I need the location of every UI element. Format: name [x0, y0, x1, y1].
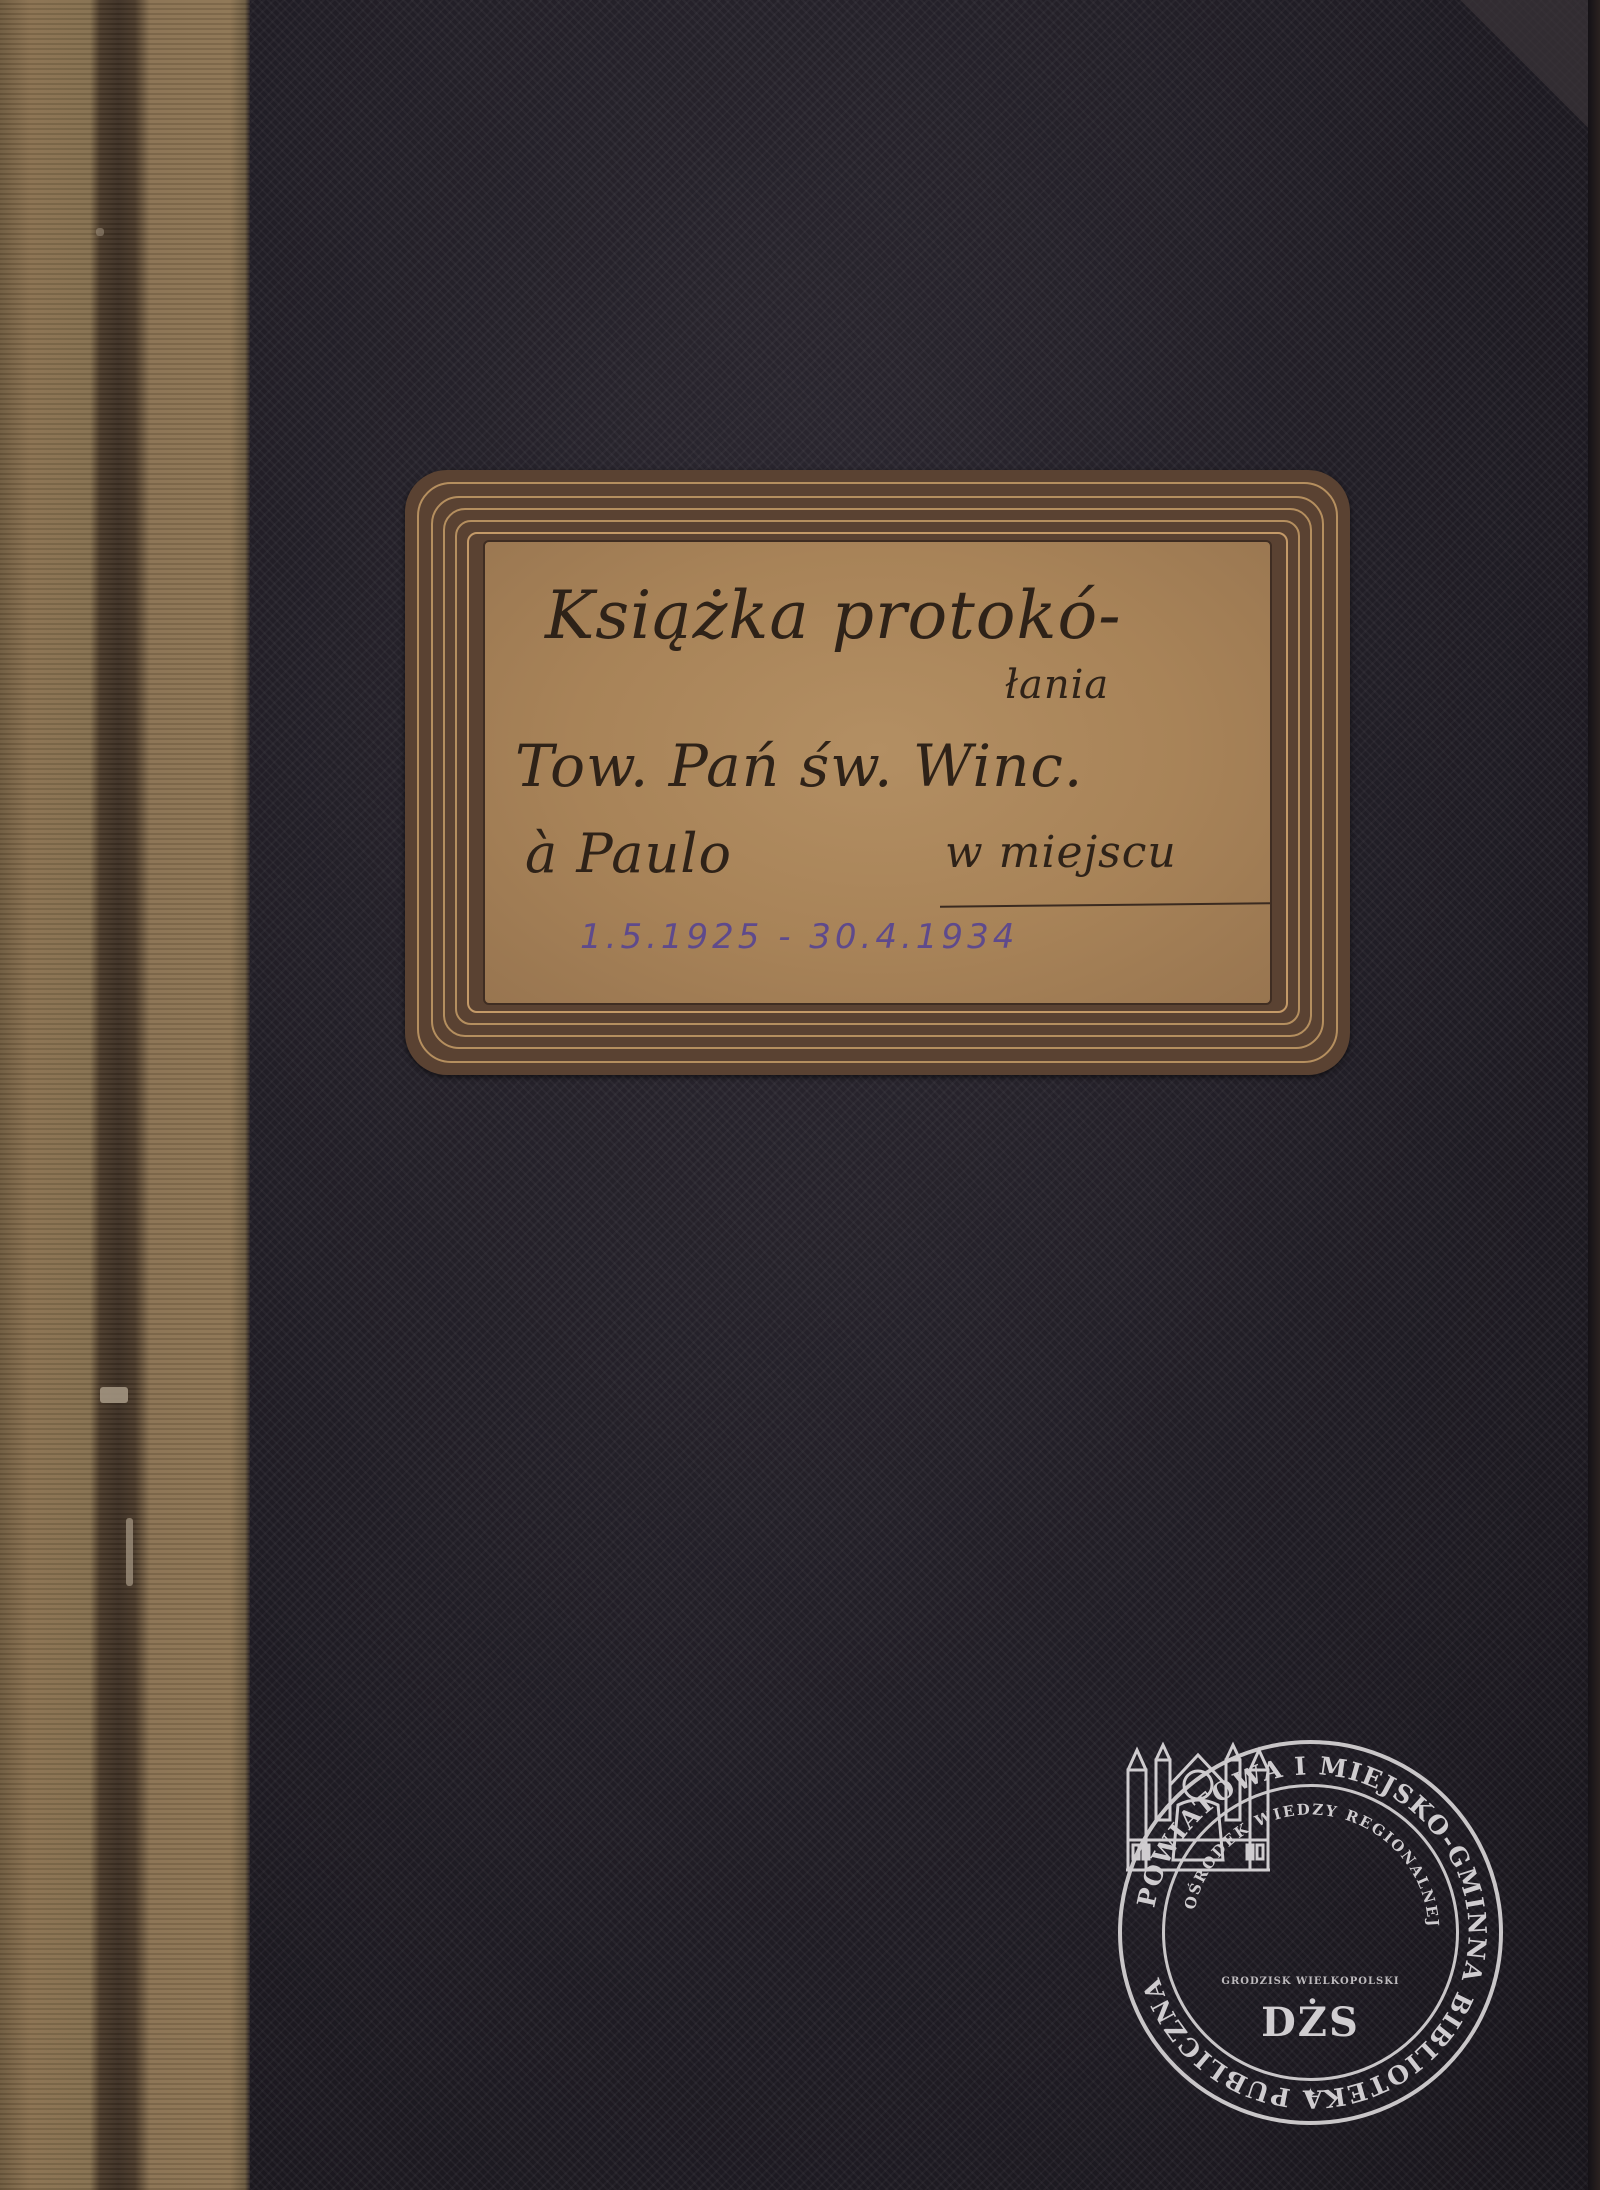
label-title-line3: Tow. Pań św. Winc. [515, 732, 1083, 800]
stamp-monogram: DŻS [1122, 1999, 1499, 2046]
cover-edge [1588, 0, 1600, 2190]
label-underline [940, 902, 1270, 907]
spine-scratch [126, 1518, 133, 1586]
star-icon: ✦ [1122, 2084, 1499, 2103]
stamp-city: GRODZISK WIELKOPOLSKI [1122, 1976, 1499, 1987]
label-date-range: 1.5.1925 - 30.4.1934 [580, 917, 1018, 957]
label-title-line4b: w miejscu [945, 827, 1177, 878]
book-spine [0, 0, 250, 2190]
worn-corner [1450, 0, 1600, 130]
spine-nick [96, 228, 104, 236]
label-paper: Książka protokó- łania Tow. Pań św. Winc… [483, 540, 1272, 1005]
throne-figure-cathedral-icon [1118, 1740, 1278, 1880]
label-title-line4a: à Paulo [525, 822, 732, 885]
label-title-line2: łania [1005, 662, 1109, 708]
title-label: Książka protokó- łania Tow. Pań św. Winc… [405, 470, 1350, 1075]
label-title-line1: Książka protokó- [545, 577, 1122, 654]
spine-tear [100, 1387, 128, 1403]
library-stamp: POWIATOWA I MIEJSKO-GMINNA BIBLIOTEKA PU… [1118, 1740, 1503, 2125]
